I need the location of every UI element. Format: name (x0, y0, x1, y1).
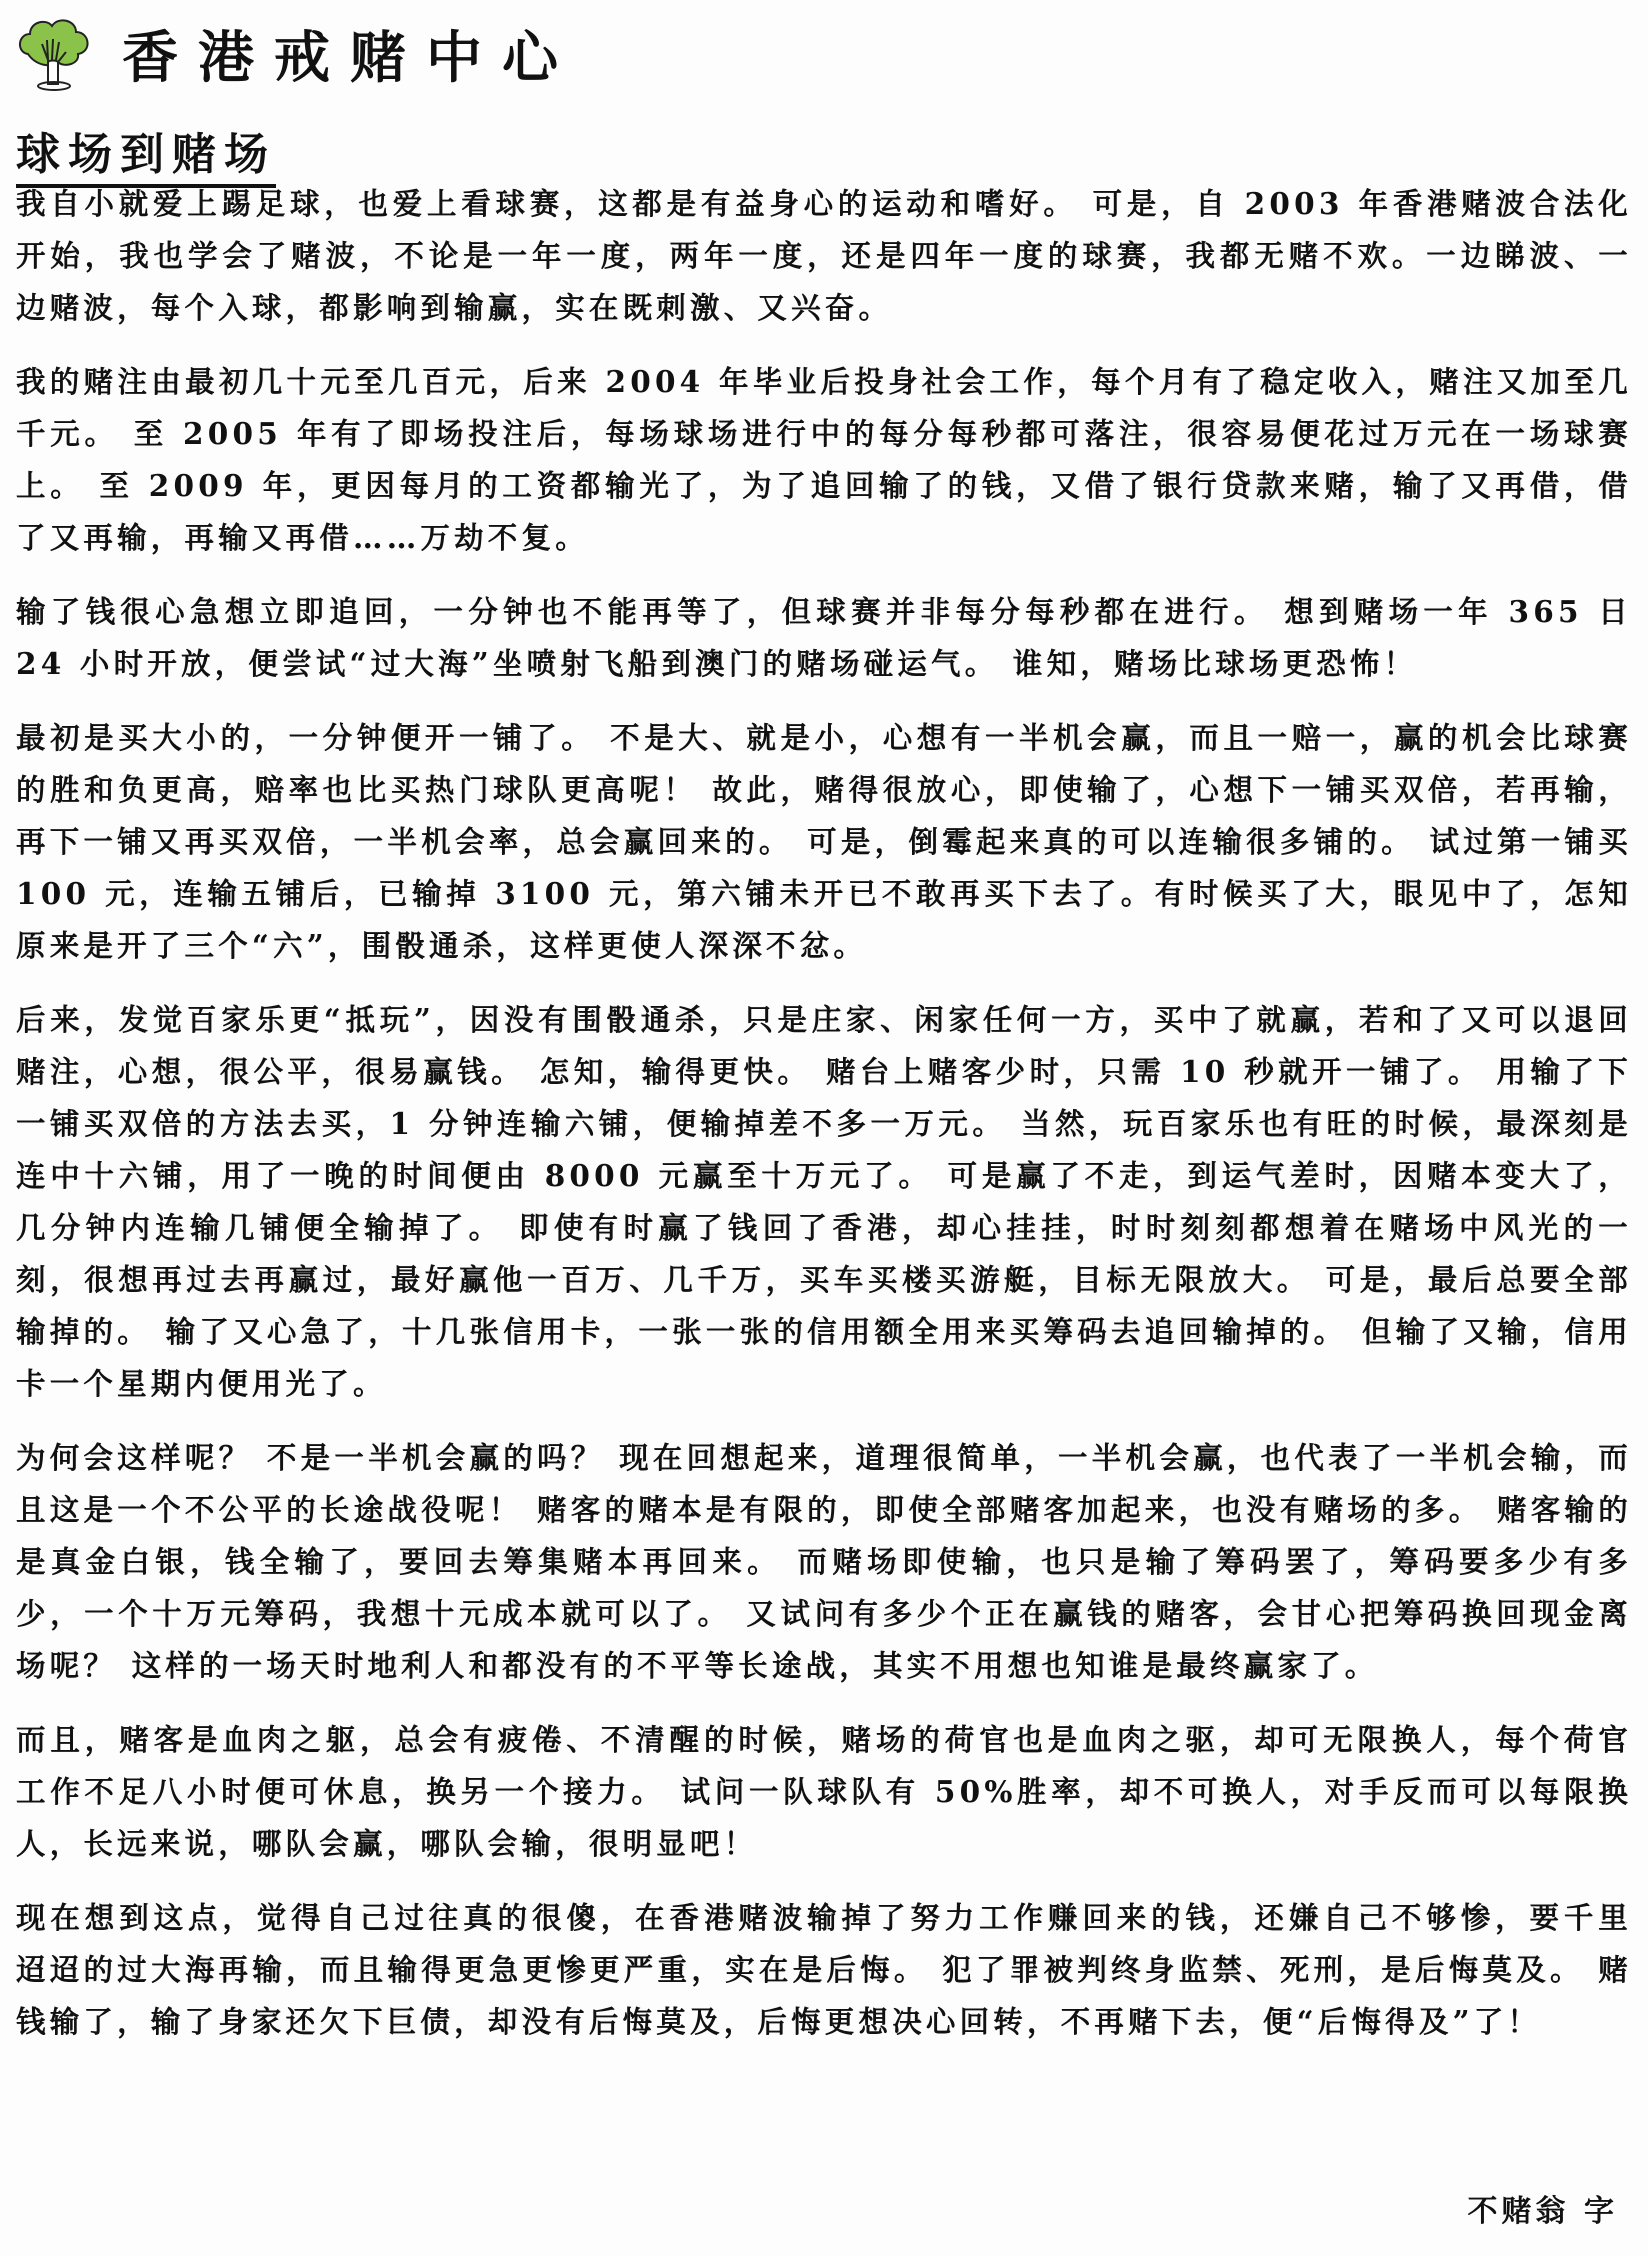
paragraph: 现在想到这点，觉得自己过往真的很傻，在香港赌波输掉了努力工作赚回来的钱，还嫌自己… (16, 1892, 1632, 2048)
paragraph: 我自小就爱上踢足球，也爱上看球赛，这都是有益身心的运动和嗜好。 可是，自 200… (16, 178, 1632, 334)
article-body: 我自小就爱上踢足球，也爱上看球赛，这都是有益身心的运动和嗜好。 可是，自 200… (16, 178, 1632, 2070)
paragraph: 为何会这样呢？ 不是一半机会赢的吗？ 现在回想起来，道理很简单，一半机会赢，也代… (16, 1432, 1632, 1692)
paragraph: 最初是买大小的，一分钟便开一铺了。 不是大、就是小，心想有一半机会赢，而且一赔一… (16, 712, 1632, 972)
organization-name: 香港戒赌中心 (122, 14, 578, 94)
paragraph: 而且，赌客是血肉之躯，总会有疲倦、不清醒的时候，赌场的荷官也是血肉之驱，却可无限… (16, 1714, 1632, 1870)
page-header: 香港戒赌中心 (14, 14, 578, 94)
author-signature: 不赌翁 字 (1468, 2186, 1618, 2230)
paragraph: 我的赌注由最初几十元至几百元，后来 2004 年毕业后投身社会工作，每个月有了稳… (16, 356, 1632, 564)
paragraph: 后来，发觉百家乐更“抵玩”，因没有围骰通杀，只是庄家、闲家任何一方，买中了就赢，… (16, 994, 1632, 1410)
tree-hand-logo-icon (14, 14, 94, 94)
paragraph: 输了钱很心急想立即追回，一分钟也不能再等了，但球赛并非每分每秒都在进行。 想到赌… (16, 586, 1632, 690)
